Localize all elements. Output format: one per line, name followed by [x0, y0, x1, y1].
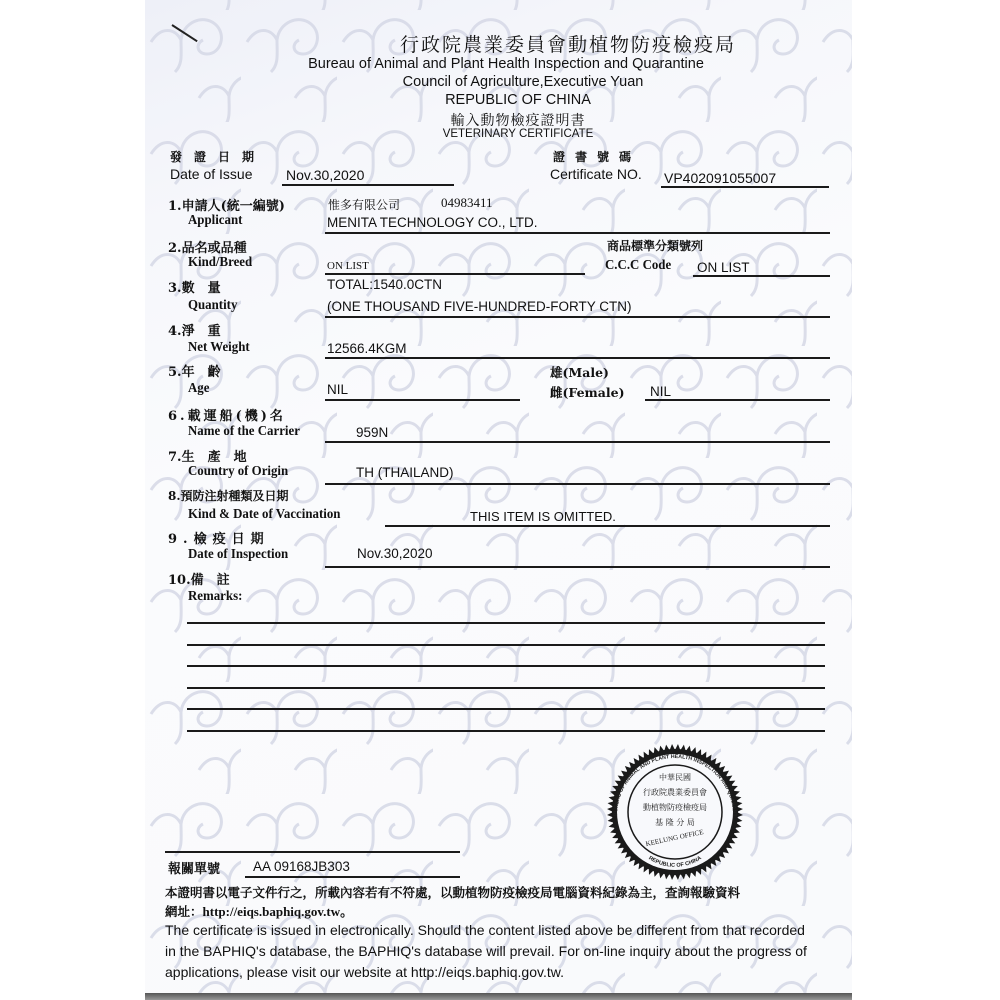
origin-label: Country of Origin	[188, 464, 288, 480]
notice-zh-url-line: 網址：http://eiqs.baphiq.gov.tw。	[165, 901, 353, 921]
inspection-underline	[325, 566, 830, 568]
declaration-top-line	[165, 851, 460, 853]
origin-value: TH (THAILAND)	[356, 465, 454, 480]
vaccination-label-zh: 8.預防注射種類及日期	[168, 487, 289, 504]
cert-number-value: VP402091055007	[664, 170, 776, 186]
declaration-label: 報關單號	[168, 858, 220, 877]
origin-label-zh: 7.生 產 地	[168, 446, 247, 465]
seal-line-2: 行政院農業委員會	[643, 787, 707, 797]
applicant-id-number: 04983411	[441, 195, 493, 211]
age-value: NIL	[327, 382, 348, 397]
net-weight-label: Net Weight	[188, 340, 250, 356]
document-title-zh: 輸入動物檢疫證明書	[18, 110, 1000, 130]
issue-date-underline	[282, 184, 454, 186]
carrier-value: 959N	[356, 425, 388, 440]
issue-date-value: Nov.30,2020	[286, 167, 364, 183]
applicant-value-zh: 惟多有限公司	[328, 196, 400, 213]
scan-bottom-edge	[145, 993, 852, 1000]
applicant-underline	[325, 232, 830, 234]
notice-en-line-2: in the BAPHIQ's database, the BAPHIQ's d…	[165, 941, 807, 963]
male-label: 雄(Male)	[550, 363, 609, 381]
origin-underline	[325, 483, 830, 485]
inspection-value: Nov.30,2020	[357, 546, 433, 561]
sex-value: NIL	[650, 384, 671, 399]
age-underline	[325, 399, 520, 401]
cert-number-underline	[661, 186, 829, 188]
seal-line-3: 動植物防疫檢疫局	[643, 802, 707, 812]
remarks-line	[187, 644, 825, 646]
seal-line-1: 中華民國	[659, 772, 691, 782]
net-weight-underline	[325, 357, 830, 359]
age-label-zh: 5.年 齡	[168, 361, 221, 380]
remarks-line	[187, 665, 825, 667]
sex-underline	[645, 399, 830, 401]
inspection-label: Date of Inspection	[188, 547, 288, 563]
agency-title-en: Bureau of Animal and Plant Health Inspec…	[6, 56, 1000, 72]
notice-en-line-3: applications, please visit our website a…	[165, 962, 564, 984]
agency-title-zh: 行政院農業委員會動植物防疫檢疫局	[68, 30, 1000, 57]
website-url: http://eiqs.baphiq.gov.tw。	[203, 904, 354, 919]
declaration-underline	[245, 876, 460, 878]
remarks-label: Remarks:	[188, 589, 242, 605]
quantity-underline	[325, 316, 830, 318]
net-weight-value: 12566.4KGM	[327, 341, 407, 356]
remarks-line	[187, 622, 825, 624]
ccc-code-underline	[693, 275, 830, 277]
quantity-label-zh: 3.數 量	[168, 277, 221, 296]
issue-date-label: Date of Issue	[170, 166, 253, 182]
ccc-code-label: C.C.C Code	[605, 258, 671, 274]
vaccination-underline	[385, 525, 830, 527]
document-title-en: VETERINARY CERTIFICATE	[18, 128, 1000, 140]
official-seal: BUREAU OF ANIMAL AND PLANT HEALTH INSPEC…	[597, 742, 753, 882]
country-title: REPUBLIC OF CHINA	[18, 92, 1000, 108]
carrier-label: Name of the Carrier	[188, 424, 300, 440]
remarks-label-zh: 10.備 註	[168, 569, 230, 588]
vaccination-label: Kind & Date of Vaccination	[188, 507, 340, 523]
female-label: 雌(Female)	[550, 383, 625, 401]
quantity-total: TOTAL:1540.0CTN	[327, 277, 442, 292]
inspection-label-zh: 9.檢疫日期	[168, 528, 270, 547]
carrier-label-zh: 6.載運船(機)名	[168, 405, 286, 424]
cert-number-label: Certificate NO.	[550, 166, 642, 182]
vaccination-value: THIS ITEM IS OMITTED.	[470, 509, 616, 524]
applicant-label: Applicant	[188, 213, 242, 229]
kind-value: ON LIST	[327, 260, 369, 272]
council-title: Council of Agriculture,Executive Yuan	[23, 74, 1000, 90]
kind-label: Kind/Breed	[188, 255, 252, 271]
seal-line-4: 基 隆 分 局	[655, 817, 695, 827]
quantity-label: Quantity	[188, 298, 237, 314]
ccc-label-zh: 商品標準分類號列	[607, 237, 703, 254]
applicant-value: MENITA TECHNOLOGY CO., LTD.	[327, 215, 538, 230]
declaration-value: AA 09168JB303	[253, 859, 350, 874]
cert-number-label-zh: 證書號碼	[553, 148, 641, 165]
carrier-underline	[325, 441, 830, 443]
kind-underline	[325, 273, 585, 275]
notice-en-line-1: The certificate is issued in electronica…	[165, 920, 805, 942]
applicant-label-zh: 1.申請人(統一編號)	[168, 195, 285, 214]
quantity-words: (ONE THOUSAND FIVE-HUNDRED-FORTY CTN)	[327, 299, 632, 314]
remarks-line	[187, 687, 825, 689]
ccc-code-value: ON LIST	[697, 260, 750, 275]
net-weight-label-zh: 4.淨 重	[168, 320, 221, 339]
website-label: 網址：	[165, 904, 203, 919]
kind-label-zh: 2.品名或品種	[168, 237, 247, 256]
remarks-line	[187, 708, 825, 710]
issue-date-label-zh: 發證日期	[170, 148, 266, 165]
age-label: Age	[188, 381, 209, 397]
remarks-line	[187, 730, 825, 732]
notice-zh: 本證明書以電子文件行之，所載內容若有不符處，以動植物防疫檢疫局電腦資料紀錄為主，…	[165, 883, 740, 901]
